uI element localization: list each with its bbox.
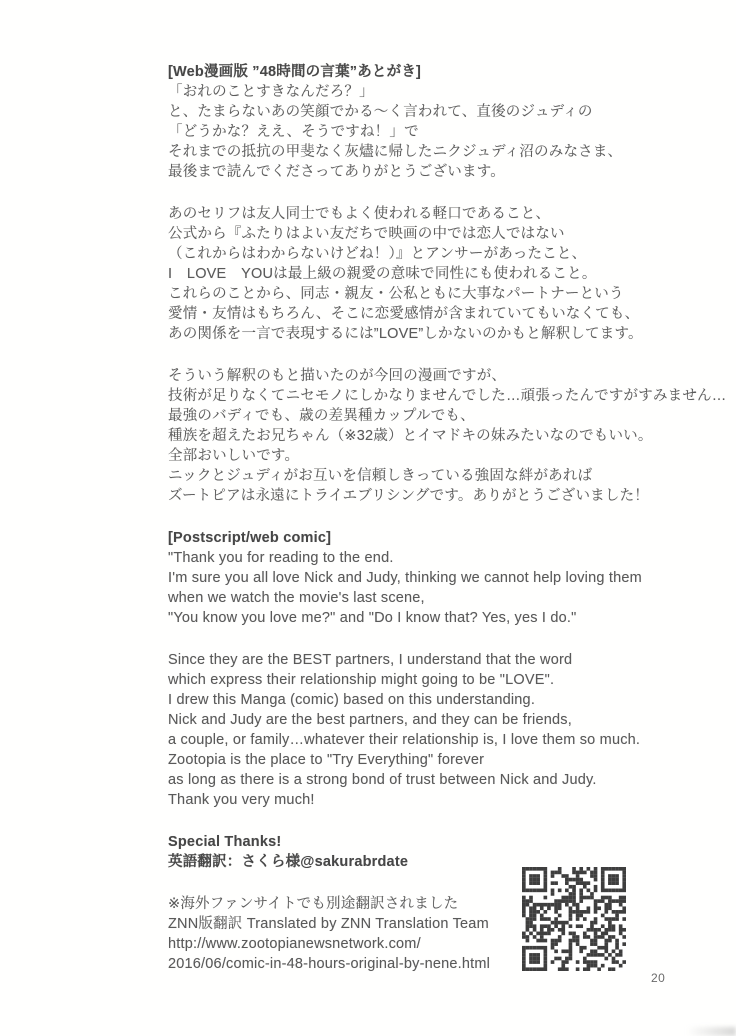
text-line: あのセリフは友人同士でもよく使われる軽口であること、 [168,204,698,224]
text-line: I'm sure you all love Nick and Judy, thi… [168,568,698,588]
text-line: Special Thanks! [168,832,698,852]
text-line: "You know you love me?" and "Do I know t… [168,608,698,628]
paragraph-jp-comic: そういう解釈のもと描いたのが今回の漫画ですが、技術が足りなくてニセモノにしかなり… [168,366,698,506]
text-line: （これからはわからないけどね！）』とアンサーがあったこと、 [168,244,698,264]
special-thanks: Special Thanks!英語翻訳：さくら様@sakurabrdate [168,832,698,872]
paragraph-jp-intro: 「おれのことすきなんだろ？」と、たまらないあの笑顔でかる～く言われて、直後のジュ… [168,82,698,182]
text-line: Nick and Judy are the best partners, and… [168,710,698,730]
text-line: 技術が足りなくてニセモノにしかなりませんでした…頑張ったんですがすみません… [168,386,698,406]
text-line: when we watch the movie's last scene, [168,588,698,608]
postscript-heading-en: [Postscript/web comic] [168,528,698,548]
text-line: I drew this Manga (comic) based on this … [168,690,698,710]
text-line: 「どうかな？ええ、そうですね！」で [168,122,698,142]
text-line: あの関係を一言で表現するには”LOVE”しかないのかもと解釈してます。 [168,324,698,344]
text-line: 公式から『ふたりはよい友だちで映画の中では恋人ではない [168,224,698,244]
paragraph-en-partners: Since they are the BEST partners, I unde… [168,650,698,810]
scan-artifact [686,1027,736,1036]
text-line: [Postscript/web comic] [168,528,698,548]
text-line: as long as there is a strong bond of tru… [168,770,698,790]
text-line: 最強のバディでも、歳の差異種カップルでも、 [168,406,698,426]
text-blocks: [Web漫画版 ”48時間の言葉”あとがき]「おれのことすきなんだろ？」と、たま… [168,62,698,974]
text-line: "Thank you for reading to the end. [168,548,698,568]
text-line: 種族を超えたお兄ちゃん（※32歳）とイマドキの妹みたいなのでもいい。 [168,426,698,446]
text-line: 愛情・友情はもちろん、そこに恋愛感情が含まれていてもいなくても、 [168,304,698,324]
afterword-heading-jp: [Web漫画版 ”48時間の言葉”あとがき] [168,62,698,82]
text-line: Zootopia is the place to "Try Everything… [168,750,698,770]
text-line: [Web漫画版 ”48時間の言葉”あとがき] [168,62,698,82]
text-line: 最後まで読んでくださってありがとうございます。 [168,162,698,182]
text-line: which express their relationship might g… [168,670,698,690]
text-line: これらのことから、同志・親友・公私ともに大事なパートナーという [168,284,698,304]
scanned-page: [Web漫画版 ”48時間の言葉”あとがき]「おれのことすきなんだろ？」と、たま… [0,0,736,1036]
text-line: と、たまらないあの笑顔でかる～く言われて、直後のジュディの [168,102,698,122]
paragraph-en-thanks: "Thank you for reading to the end.I'm su… [168,548,698,628]
text-line: それまでの抵抗の甲斐なく灰燼に帰したニクジュディ沼のみなさま、 [168,142,698,162]
text-line: 全部おいしいです。 [168,446,698,466]
paragraph-jp-interpretation: あのセリフは友人同士でもよく使われる軽口であること、公式から『ふたりはよい友だち… [168,204,698,344]
text-line: a couple, or family…whatever their relat… [168,730,698,750]
text-line: ズートピアは永遠にトライエブリシングです。ありがとうございました！ [168,486,698,506]
qr-code [522,867,626,971]
text-line: そういう解釈のもと描いたのが今回の漫画ですが、 [168,366,698,386]
text-line: 「おれのことすきなんだろ？」 [168,82,698,102]
text-line: Thank you very much! [168,790,698,810]
text-line: Since they are the BEST partners, I unde… [168,650,698,670]
text-line: ニックとジュディがお互いを信頼しきっている強固な絆があれば [168,466,698,486]
page-number: 20 [651,971,665,985]
text-line: I LOVE YOUは最上級の親愛の意味で同性にも使われること。 [168,264,698,284]
